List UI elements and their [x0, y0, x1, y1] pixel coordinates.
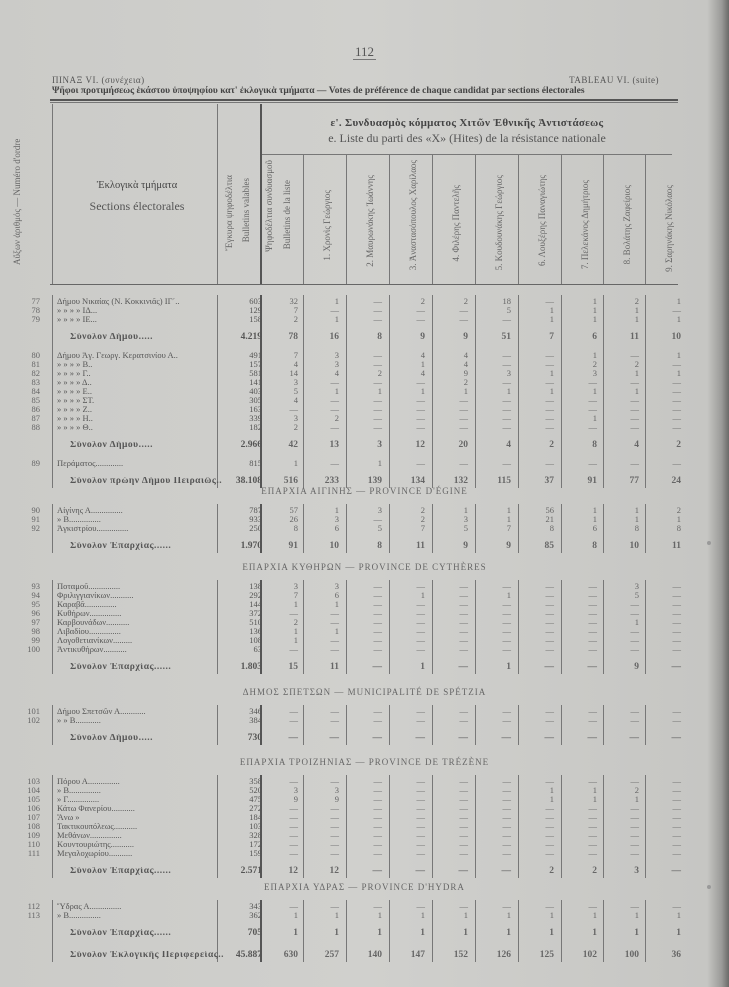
- candidate-votes: 5: [352, 524, 382, 533]
- candidate-votes: —: [524, 423, 554, 432]
- section-name: Σύνολον Ἐπαρχίας......: [70, 542, 246, 551]
- section-name: » » Β............: [57, 716, 233, 725]
- valid-ballots: 730: [222, 734, 262, 743]
- list-ballots: 1: [268, 929, 298, 938]
- candidate-votes: —: [481, 849, 511, 858]
- candidate-votes: 9: [395, 333, 425, 342]
- candidate-votes: —: [567, 734, 597, 743]
- table-row: 108Τακτικουπόλεως...........103—————————…: [0, 822, 729, 831]
- order-number: 100: [18, 645, 40, 654]
- section-name: Σύνολον Ἐπαρχίας......: [70, 929, 246, 938]
- list-ballots: 78: [268, 333, 298, 342]
- candidate-votes: 8: [524, 524, 554, 533]
- party-header: ε'. Συνδυασμὸς κόμματος Χιτῶν Ἐθνικῆς Ἀν…: [262, 117, 672, 146]
- order-number: 113: [18, 911, 40, 920]
- candidate-votes: 1: [481, 911, 511, 920]
- section-name: » » » » Β..: [57, 360, 233, 369]
- candidate-votes: —: [567, 645, 597, 654]
- list-ballots: 1: [268, 911, 298, 920]
- candidate-votes: 139: [352, 477, 382, 486]
- col-divider: [260, 104, 262, 284]
- section-name: Σύνολον Ἐκλογικῆς Περιφερείας..: [70, 951, 246, 960]
- section-name: Φριλιγγιανίκων...........: [57, 591, 233, 600]
- table-row: 103Πόρου Α...............358——————————: [0, 777, 729, 786]
- candidate-votes: 147: [395, 951, 425, 960]
- table-row: 85» » » » ΣΤ.3054—————————: [0, 396, 729, 405]
- candidate-header: 2. Μαυρωνάκης Ἰωάννης: [365, 175, 375, 267]
- order-number: 79: [18, 315, 40, 324]
- candidate-votes: 10: [651, 333, 681, 342]
- candidate-votes: —: [438, 716, 468, 725]
- table-row: 102» » Β............384——————————: [0, 716, 729, 725]
- candidate-votes: 1: [352, 929, 382, 938]
- candidate-votes: 85: [524, 542, 554, 551]
- col-divider: [475, 154, 476, 284]
- candidate-votes: 12: [395, 441, 425, 450]
- col-divider: [346, 154, 347, 284]
- candidate-votes: 1: [567, 315, 597, 324]
- candidate-votes: 9: [438, 333, 468, 342]
- section-title: ΕΠΑΡΧΙΑ ΚΥΘΗΡΩΝ — PROVINCE DE CYTHÈRES: [0, 562, 729, 572]
- candidate-votes: 1: [481, 929, 511, 938]
- valid-ballots: 1.803: [222, 663, 262, 672]
- candidate-votes: 6: [309, 524, 339, 533]
- candidate-votes: —: [651, 663, 681, 672]
- candidate-votes: 152: [438, 951, 468, 960]
- col-divider: [389, 154, 390, 284]
- candidate-votes: —: [438, 734, 468, 743]
- valid-ballots: 2.571: [222, 867, 262, 876]
- candidate-votes: 16: [309, 333, 339, 342]
- candidate-votes: —: [352, 423, 382, 432]
- sections-header-french: Sections électorales: [52, 199, 222, 214]
- candidate-votes: 4: [609, 441, 639, 450]
- table-row: 97Καρβουνάδων...........5102———————1—: [0, 618, 729, 627]
- table-subtitle: Ψῆφοι προτιμήσεως ἑκάστου ὑποψηφίου κατ'…: [52, 86, 660, 96]
- list-header-french: Bulletins de la liste: [282, 180, 292, 249]
- table-row: 92Ἀγκιστρίου...............2508657578688: [0, 524, 729, 533]
- candidate-votes: 1: [609, 929, 639, 938]
- total-row: Σύνολον Δήμου.....730——————————: [0, 734, 729, 743]
- candidate-votes: 3: [609, 867, 639, 876]
- candidate-votes: —: [609, 716, 639, 725]
- candidate-votes: —: [609, 423, 639, 432]
- candidate-votes: —: [651, 716, 681, 725]
- candidate-votes: —: [352, 645, 382, 654]
- list-ballots: 15: [268, 663, 298, 672]
- order-number: 88: [18, 423, 40, 432]
- candidate-votes: 134: [395, 477, 425, 486]
- candidate-votes: —: [651, 645, 681, 654]
- order-number: 92: [18, 524, 40, 533]
- candidate-votes: —: [395, 459, 425, 468]
- col-divider: [303, 154, 304, 284]
- valid-ballots: 63: [222, 645, 262, 654]
- section-name: » » » » Η..: [57, 414, 233, 423]
- section-name: » Β...............: [57, 515, 233, 524]
- candidate-votes: —: [524, 716, 554, 725]
- col-divider: [603, 154, 604, 284]
- section-name: Κουντουριώτης...........: [57, 840, 233, 849]
- candidate-votes: —: [609, 459, 639, 468]
- scanned-page: 112 ΠΙΝΑΞ VI. (συνέχεια) TABLEAU VI. (su…: [0, 0, 729, 987]
- candidate-votes: 10: [609, 542, 639, 551]
- candidate-votes: 1: [309, 911, 339, 920]
- candidate-votes: 3: [352, 441, 382, 450]
- candidate-votes: 1: [352, 459, 382, 468]
- col-divider: [645, 154, 646, 284]
- table-row: 111Μεγαλοχωρίου...........159——————————: [0, 849, 729, 858]
- candidate-votes: 1: [567, 911, 597, 920]
- candidate-votes: —: [651, 423, 681, 432]
- section-name: » Β...............: [57, 786, 233, 795]
- table-row: 86» » » » Ζ..163——————————: [0, 405, 729, 414]
- header-rule: [262, 154, 672, 155]
- candidate-votes: 7: [524, 333, 554, 342]
- page-number: 112: [0, 44, 729, 60]
- candidate-header: 7. Πελεκάνος Δημήτριος: [580, 180, 590, 269]
- valid-ballots: 815: [222, 459, 262, 468]
- valid-header-greek: Ἔγκυρα ψηφοδέλτια: [224, 175, 234, 251]
- table-row: 77Δήμου Νικαίας (Ν. Κοκκινιᾶς) ΙΓ΄..6033…: [0, 297, 729, 306]
- candidate-votes: —: [651, 459, 681, 468]
- valid-ballots: 362: [222, 911, 262, 920]
- candidate-votes: —: [395, 315, 425, 324]
- valid-ballots: 159: [222, 849, 262, 858]
- table-row: 106Κάτω Φανερίου...........272——————————: [0, 804, 729, 813]
- candidate-votes: —: [352, 849, 382, 858]
- candidate-votes: 2: [567, 867, 597, 876]
- table-row: 112Ὕδρας Α...............343——————————: [0, 902, 729, 911]
- candidate-votes: 1: [609, 911, 639, 920]
- section-title: ΕΠΑΡΧΙΑ ΤΡΟΙΖΗΝΙΑΣ — PROVINCE DE TRÉZÈNE: [0, 757, 729, 767]
- section-name: Λογοθετιανίκων.........: [57, 636, 233, 645]
- candidate-votes: —: [395, 645, 425, 654]
- candidate-votes: —: [481, 423, 511, 432]
- total-row: Σύνολον Ἐπαρχίας......1.8031511—1—1——9—: [0, 663, 729, 672]
- candidate-votes: —: [567, 716, 597, 725]
- candidate-votes: —: [352, 734, 382, 743]
- party-name-french: e. Liste du parti des «X» (Hites) de la …: [262, 131, 672, 146]
- candidate-votes: —: [438, 867, 468, 876]
- section-name: Καραβᾶ...............: [57, 600, 233, 609]
- section-name: » » » » Γ..: [57, 369, 233, 378]
- order-number: 89: [18, 459, 40, 468]
- total-row: Σύνολον Ἐπαρχίας......2.5711212————223—: [0, 867, 729, 876]
- valid-ballots: 182: [222, 423, 262, 432]
- total-row: Σύνολον πρώην Δήμου Πειραιῶς..38.1085162…: [0, 477, 729, 486]
- candidate-votes: 5: [438, 524, 468, 533]
- candidate-votes: 91: [567, 477, 597, 486]
- candidate-votes: 7: [395, 524, 425, 533]
- candidate-votes: —: [524, 663, 554, 672]
- candidate-votes: 102: [567, 951, 597, 960]
- candidate-votes: 2: [524, 867, 554, 876]
- candidate-votes: —: [481, 645, 511, 654]
- section-name: Σύνολον Δήμου.....: [70, 734, 246, 743]
- candidate-votes: —: [438, 315, 468, 324]
- list-ballots: —: [268, 849, 298, 858]
- candidate-votes: —: [651, 734, 681, 743]
- candidate-votes: —: [481, 716, 511, 725]
- section-name: Λιβαδίου...............: [57, 627, 233, 636]
- section-name: » » » » Δ..: [57, 378, 233, 387]
- list-ballots: 2: [268, 315, 298, 324]
- header-bottom-rule: [50, 284, 678, 285]
- candidate-votes: —: [524, 849, 554, 858]
- sections-header: Ἐκλογικὰ τμήματα Sections électorales: [52, 180, 222, 214]
- valid-ballots: 384: [222, 716, 262, 725]
- section-name: Σύνολον Ἐπαρχίας......: [70, 867, 246, 876]
- valid-header-french: Bulletins valables: [241, 178, 251, 242]
- table-row: 109Μεθάνων...............328——————————: [0, 831, 729, 840]
- candidate-votes: 1: [651, 315, 681, 324]
- table-row: 89Περάματος.............8151—1———————: [0, 459, 729, 468]
- candidate-votes: —: [395, 734, 425, 743]
- table-row: 98Λιβαδίου...............13611————————: [0, 627, 729, 636]
- section-name: Ἀγκιστρίου...............: [57, 524, 233, 533]
- candidate-votes: 115: [481, 477, 511, 486]
- candidate-header: 4. Φιλέρης Παντελῆς: [451, 185, 461, 261]
- section-name: Ἀντικυθήρων...........: [57, 645, 233, 654]
- candidate-votes: —: [395, 716, 425, 725]
- candidate-votes: 132: [438, 477, 468, 486]
- candidate-votes: —: [481, 734, 511, 743]
- total-row: Σύνολον Ἐπαρχίας......1.9709110811998581…: [0, 542, 729, 551]
- list-ballots: 516: [268, 477, 298, 486]
- order-number-header: Αὔξων ἀριθμός — Numéro d'ordre: [12, 118, 22, 286]
- section-name: Ἄνω »: [57, 813, 233, 822]
- candidate-votes: 2: [524, 441, 554, 450]
- candidate-header: 6. Λουξέρης Παναγιώτης: [537, 175, 547, 266]
- list-ballots: —: [268, 734, 298, 743]
- candidate-votes: 9: [609, 663, 639, 672]
- table-row: 95Καραβᾶ...............14411————————: [0, 600, 729, 609]
- candidate-votes: —: [481, 867, 511, 876]
- candidate-votes: 257: [309, 951, 339, 960]
- section-name: Καρβουνάδων...........: [57, 618, 233, 627]
- candidate-votes: 125: [524, 951, 554, 960]
- candidate-votes: 8: [567, 441, 597, 450]
- candidate-votes: —: [567, 663, 597, 672]
- candidate-votes: —: [352, 867, 382, 876]
- candidate-votes: —: [567, 459, 597, 468]
- section-title: ΔΗΜΟΣ ΣΠΕΤΣΩΝ — MUNICIPALITÉ DE SPÉTZIA: [0, 687, 729, 697]
- order-number: 111: [18, 849, 40, 858]
- list-ballots: 42: [268, 441, 298, 450]
- valid-ballots: 45.887: [222, 951, 262, 960]
- section-title: ΕΠΑΡΧΙΑ ΥΔΡΑΣ — PROVINCE D'HYDRA: [0, 882, 729, 892]
- table-row: 100Ἀντικυθήρων...........63——————————: [0, 645, 729, 654]
- candidate-votes: 8: [352, 542, 382, 551]
- candidate-votes: —: [481, 459, 511, 468]
- candidate-votes: —: [567, 849, 597, 858]
- candidate-votes: 1: [567, 929, 597, 938]
- candidate-votes: 1: [481, 663, 511, 672]
- candidate-votes: 8: [651, 524, 681, 533]
- party-name-greek: ε'. Συνδυασμὸς κόμματος Χιτῶν Ἐθνικῆς Ἀν…: [262, 117, 672, 129]
- candidate-votes: 51: [481, 333, 511, 342]
- candidate-votes: 9: [481, 542, 511, 551]
- candidate-votes: —: [309, 459, 339, 468]
- section-name: » » » » ΙΔ...: [57, 306, 233, 315]
- table-row: 94Φριλιγγιανίκων...........29276—1—1——5—: [0, 591, 729, 600]
- candidate-votes: —: [309, 645, 339, 654]
- candidate-votes: 10: [309, 542, 339, 551]
- section-name: Δήμου Νικαίας (Ν. Κοκκινιᾶς) ΙΓ΄..: [57, 297, 233, 306]
- candidate-votes: —: [438, 663, 468, 672]
- valid-ballots: 4.219: [222, 333, 262, 342]
- candidate-votes: 1: [524, 315, 554, 324]
- candidate-votes: —: [395, 867, 425, 876]
- candidate-votes: 8: [609, 524, 639, 533]
- col-divider: [518, 154, 519, 284]
- section-name: Τακτικουπόλεως...........: [57, 822, 233, 831]
- page-number-text: 112: [353, 44, 376, 60]
- candidate-votes: —: [438, 459, 468, 468]
- table-label-french: TABLEAU VI. (suite): [569, 75, 659, 85]
- section-name: » » » » ΙΕ...: [57, 315, 233, 324]
- scan-speck: [707, 885, 711, 889]
- section-name: Σύνολον Δήμου.....: [70, 333, 246, 342]
- order-number: 102: [18, 716, 40, 725]
- candidate-votes: —: [524, 734, 554, 743]
- table-row: 93Ποταμοῦ...............13833——————3—: [0, 582, 729, 591]
- sections-header-greek: Ἐκλογικὰ τμήματα: [52, 180, 222, 191]
- candidate-header: 3. Ἀναστασόπουλος Χαρίλαος: [408, 160, 418, 270]
- top-rule-thin: [50, 102, 678, 103]
- list-ballots: 12: [268, 867, 298, 876]
- table-row: 80Δήμου Ἁγ. Γεωργ. Κερατσινίου Α..49173—…: [0, 351, 729, 360]
- section-name: » » » » Ζ..: [57, 405, 233, 414]
- candidate-votes: 8: [352, 333, 382, 342]
- section-name: Δήμου Ἁγ. Γεωργ. Κερατσινίου Α..: [57, 351, 233, 360]
- table-row: 78» » » » ΙΔ...1297————5111—: [0, 306, 729, 315]
- section-name: Ὕδρας Α...............: [57, 902, 233, 911]
- candidate-votes: 1: [524, 929, 554, 938]
- total-row: Σύνολον Ἐκλογικῆς Περιφερείας..45.887630…: [0, 951, 729, 960]
- section-name: Μεθάνων...............: [57, 831, 233, 840]
- table-row: 81» » » » Β..15743—14——22—: [0, 360, 729, 369]
- section-name: Αἰγίνης Α...............: [57, 506, 233, 515]
- candidate-votes: 77: [609, 477, 639, 486]
- candidate-votes: 11: [309, 663, 339, 672]
- candidate-header: 8. Βολάτης Ζαφείριος: [622, 185, 632, 264]
- table-row: 82» » » » Γ..58114424931311: [0, 369, 729, 378]
- candidate-votes: 37: [524, 477, 554, 486]
- candidate-votes: —: [609, 645, 639, 654]
- table-row: 110Κουντουριώτης...........172——————————: [0, 840, 729, 849]
- candidate-votes: —: [438, 423, 468, 432]
- valid-ballots: 2.966: [222, 441, 262, 450]
- section-name: Ποταμοῦ...............: [57, 582, 233, 591]
- scan-speck: [707, 541, 711, 545]
- valid-ballots: 38.108: [222, 477, 262, 486]
- section-name: Σύνολον Ἐπαρχίας......: [70, 663, 246, 672]
- candidate-votes: —: [309, 849, 339, 858]
- list-ballots: 2: [268, 423, 298, 432]
- candidate-votes: —: [609, 849, 639, 858]
- list-ballots: —: [268, 645, 298, 654]
- table-row: 91» Β...............933263—23121111: [0, 515, 729, 524]
- candidate-votes: 1: [609, 315, 639, 324]
- candidate-votes: 1: [309, 315, 339, 324]
- total-row: Σύνολον Δήμου.....4.219781689951761110: [0, 333, 729, 342]
- candidate-votes: —: [352, 663, 382, 672]
- candidate-votes: 233: [309, 477, 339, 486]
- col-divider: [561, 154, 562, 284]
- candidate-votes: 140: [352, 951, 382, 960]
- section-name: Περάματος.............: [57, 459, 233, 468]
- valid-ballots: 705: [222, 929, 262, 938]
- candidate-votes: 1: [438, 929, 468, 938]
- candidate-votes: 6: [567, 524, 597, 533]
- candidate-votes: 7: [481, 524, 511, 533]
- col-divider: [432, 154, 433, 284]
- candidate-votes: 6: [567, 333, 597, 342]
- section-name: » Β...............: [57, 911, 233, 920]
- candidate-header: 5. Κουδουνάκης Γεώργιος: [494, 175, 504, 270]
- candidate-votes: —: [352, 315, 382, 324]
- section-name: Πόρου Α...............: [57, 777, 233, 786]
- table-row: 104» Β...............52033————112—: [0, 786, 729, 795]
- total-row: Σύνολον Δήμου.....2.96642133122042842: [0, 441, 729, 450]
- section-name: » » » » Θ..: [57, 423, 233, 432]
- table-row: 88» » » » Θ..1822—————————: [0, 423, 729, 432]
- table-row: 99Λογοθετιανίκων.........1081—————————: [0, 636, 729, 645]
- candidate-votes: 11: [651, 542, 681, 551]
- table-row: 101Δήμου Σπετσῶν Α............346———————…: [0, 707, 729, 716]
- section-name: Σύνολον Δήμου.....: [70, 441, 246, 450]
- candidate-votes: —: [395, 849, 425, 858]
- candidate-votes: 2: [651, 441, 681, 450]
- list-ballots: 1: [268, 459, 298, 468]
- top-rule: [50, 99, 678, 101]
- list-ballots: 630: [268, 951, 298, 960]
- candidate-votes: —: [651, 867, 681, 876]
- candidate-votes: —: [524, 459, 554, 468]
- table-row: 113» Β...............3621111111111: [0, 911, 729, 920]
- candidate-header: 1. Χρονὶς Γεώργιος: [322, 190, 332, 261]
- candidate-votes: —: [524, 645, 554, 654]
- candidate-votes: —: [567, 423, 597, 432]
- section-name: Μεγαλοχωρίου...........: [57, 849, 233, 858]
- candidate-votes: 13: [309, 441, 339, 450]
- section-title: ΕΠΑΡΧΙΑ ΑΙΓΙΝΗΣ — PROVINCE D'ÉGINE: [0, 486, 729, 496]
- candidate-votes: 1: [352, 911, 382, 920]
- candidate-votes: 1: [651, 929, 681, 938]
- candidate-votes: —: [609, 734, 639, 743]
- candidate-votes: 1: [438, 911, 468, 920]
- section-name: Δήμου Σπετσῶν Α............: [57, 707, 233, 716]
- section-name: » » » » Ε..: [57, 387, 233, 396]
- candidate-votes: 11: [609, 333, 639, 342]
- table-row: 107Ἄνω »184——————————: [0, 813, 729, 822]
- candidate-votes: 24: [651, 477, 681, 486]
- list-ballots: 8: [268, 524, 298, 533]
- section-name: » » » » ΣΤ.: [57, 396, 233, 405]
- col-divider: [52, 104, 53, 284]
- candidate-header: 9. Σαρηνάκης Νικόλαος: [664, 185, 674, 272]
- candidate-votes: —: [309, 716, 339, 725]
- candidate-votes: 1: [524, 911, 554, 920]
- candidate-votes: 100: [609, 951, 639, 960]
- candidate-votes: 8: [567, 542, 597, 551]
- table-row: 84» » » » Ε..403511111111—: [0, 387, 729, 396]
- candidate-votes: 4: [481, 441, 511, 450]
- candidate-votes: 1: [395, 663, 425, 672]
- candidate-votes: —: [309, 423, 339, 432]
